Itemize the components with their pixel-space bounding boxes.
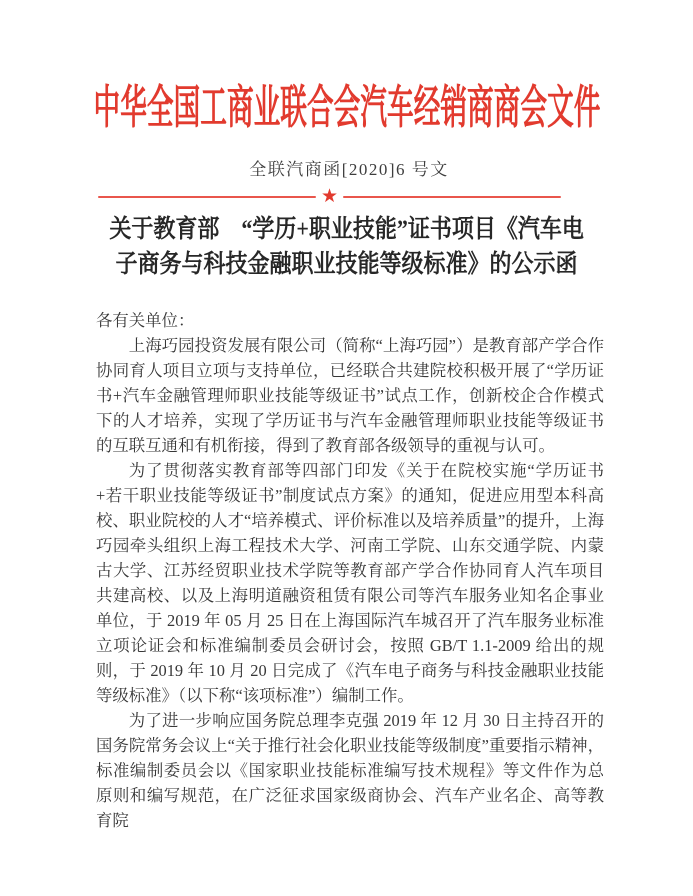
document-title-line-1: 关于教育部 “学历+职业技能”证书项目《汽车电 (0, 212, 693, 247)
document-body: 各有关单位： 上海巧园投资发展有限公司（简称“上海巧园”）是教育部产学合作协同育… (96, 308, 604, 833)
document-title-text-2: 子商务与科技金融职业技能等级标准》的公示函 (115, 247, 577, 282)
doc-number: 全联汽商函[2020]6 号文 (95, 155, 603, 180)
paragraph-2: 为了贯彻落实教育部等四部门印发《关于在院校实施“学历证书+若干职业技能等级证书”… (96, 458, 604, 708)
divider-line-left (98, 196, 316, 198)
star-divider: ★ (98, 188, 561, 206)
letterhead-title-text: 中华全国工商业联合会汽车经销商商会文件 (93, 84, 600, 132)
document-page: 中华全国工商业联合会汽车经销商商会文件 全联汽商函[2020]6 号文 ★ 关于… (0, 0, 693, 896)
divider-line-right (343, 196, 561, 198)
document-title-text-1: 关于教育部 “学历+职业技能”证书项目《汽车电 (109, 212, 584, 247)
star-icon: ★ (321, 188, 338, 206)
paragraph-1: 上海巧园投资发展有限公司（简称“上海巧园”）是教育部产学合作协同育人项目立项与支… (96, 333, 604, 458)
letterhead-title: 中华全国工商业联合会汽车经销商商会文件 (0, 84, 693, 132)
salutation: 各有关单位： (96, 308, 604, 333)
document-title: 关于教育部 “学历+职业技能”证书项目《汽车电 子商务与科技金融职业技能等级标准… (0, 212, 693, 282)
document-title-line-2: 子商务与科技金融职业技能等级标准》的公示函 (0, 247, 693, 282)
paragraph-3: 为了进一步响应国务院总理李克强 2019 年 12 月 30 日主持召开的国务院… (96, 708, 604, 833)
